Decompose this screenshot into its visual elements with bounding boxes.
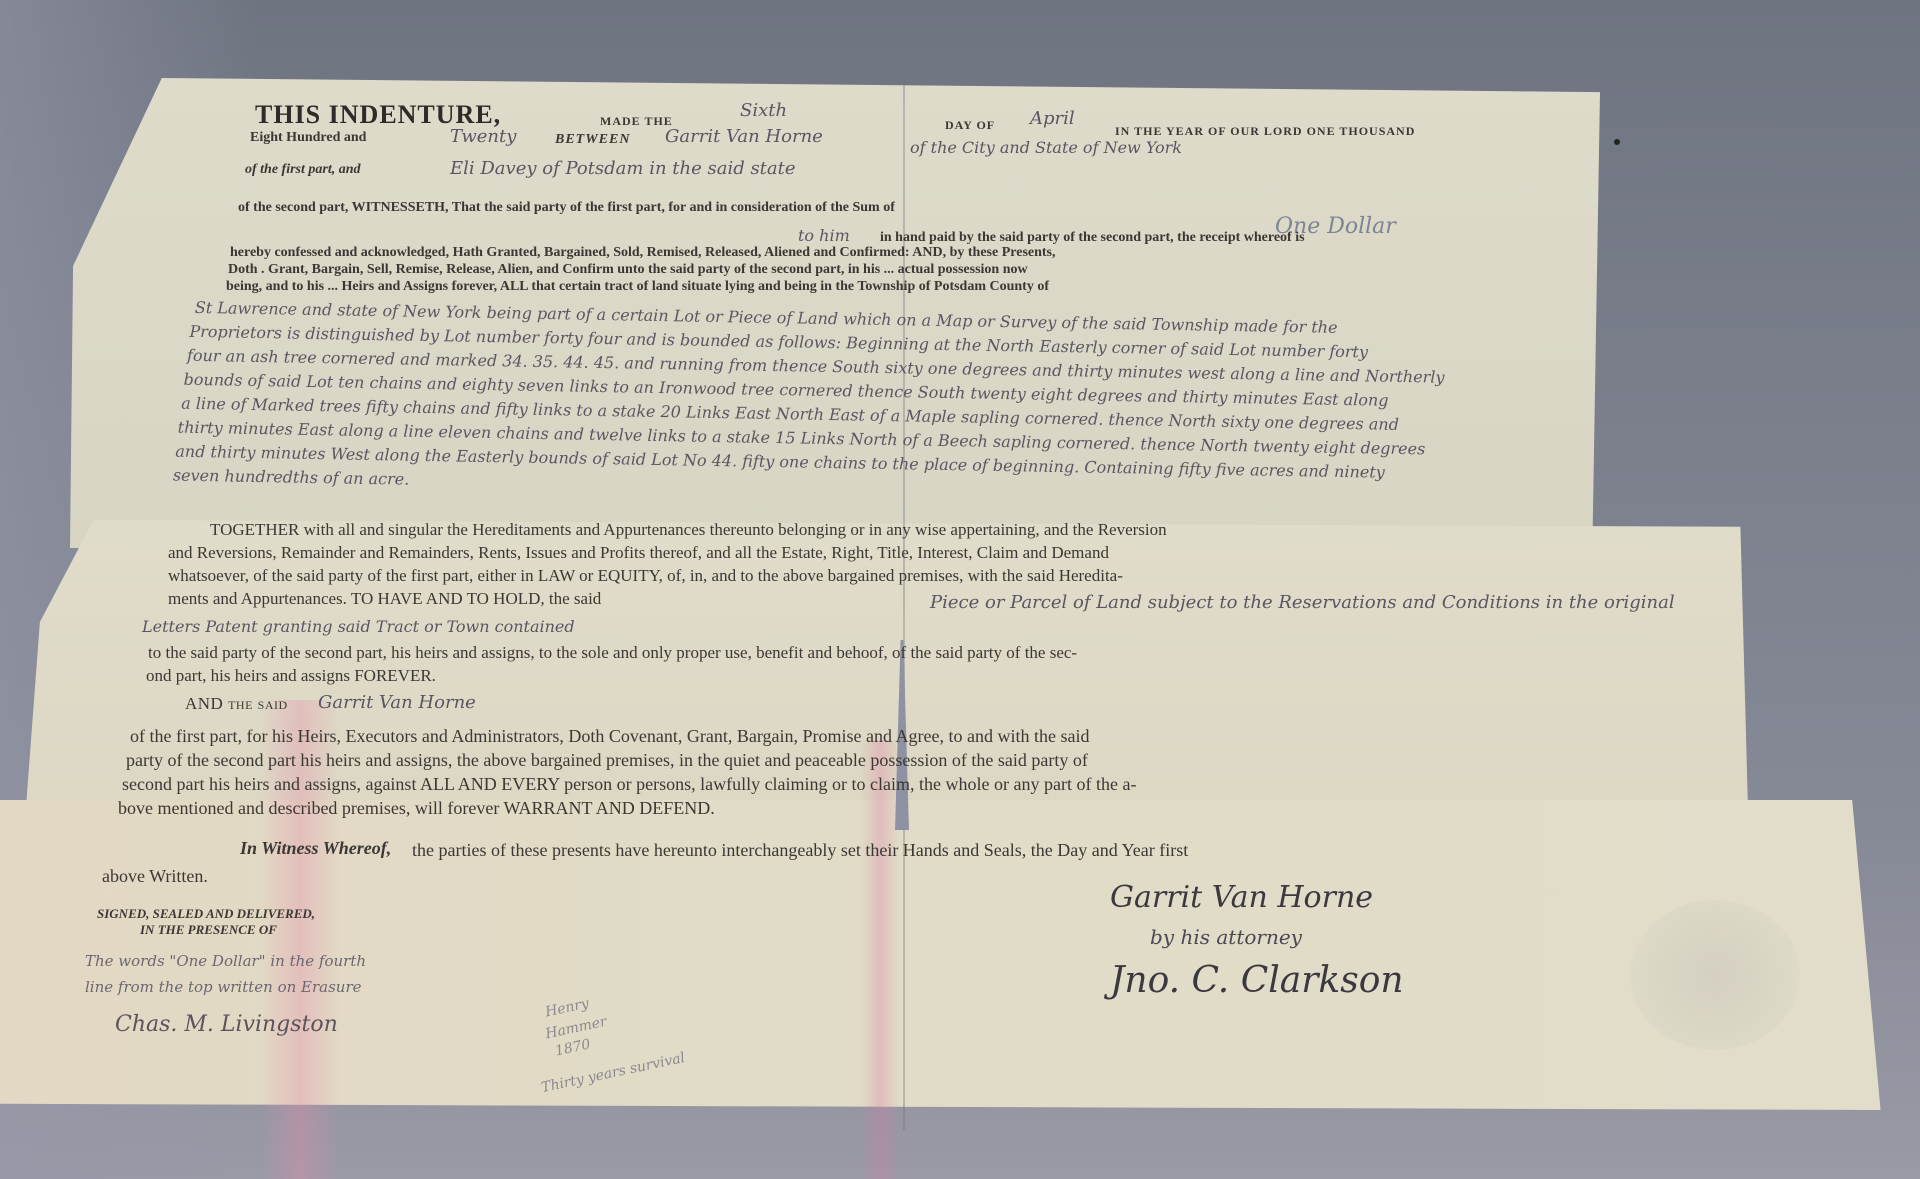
by-attorney: by his attorney — [1150, 925, 1302, 949]
pink-stain — [860, 740, 900, 1179]
together-line: TOGETHER with all and singular the Hered… — [210, 520, 1167, 540]
covenant-line: of the first part, for his Heirs, Execut… — [130, 726, 1089, 747]
between-label: BETWEEN — [555, 132, 630, 148]
to-party-line: ond part, his heirs and assigns FOREVER. — [146, 666, 436, 686]
witness-signature: Chas. M. Livingston — [115, 1012, 338, 1037]
hand-paid-line: in hand paid by the said party of the se… — [880, 230, 1305, 246]
hold-description-hand: Piece or Parcel of Land subject to the R… — [930, 592, 1675, 613]
erasure-note: The words "One Dollar" in the fourth — [85, 952, 366, 970]
erasure-note: line from the top written on Erasure — [85, 978, 362, 996]
month-value: April — [1030, 108, 1075, 129]
witnesseth-line: of the second part, WITNESSETH, That the… — [238, 200, 895, 216]
covenant-party-name: Garrit Van Horne — [318, 692, 476, 713]
to-party-line: to the said party of the second part, hi… — [148, 643, 1077, 663]
year-prefix: IN THE YEAR OF OUR LORD ONE THOUSAND — [1115, 124, 1415, 139]
first-party-name: Garrit Van Horne — [665, 126, 823, 147]
together-line: whatsoever, of the said party of the fir… — [168, 566, 1123, 586]
to-him-hand: to him — [798, 226, 850, 245]
witness-line: the parties of these presents have hereu… — [412, 840, 1188, 861]
pink-stain — [260, 700, 340, 1179]
grantor-name-signature: Garrit Van Horne — [1110, 880, 1373, 915]
in-presence-label: IN THE PRESENCE OF — [140, 922, 277, 938]
in-witness-label: In Witness Whereof, — [240, 838, 391, 859]
above-written: above Written. — [102, 866, 208, 887]
covenant-line: second part his heirs and assigns, again… — [122, 774, 1136, 795]
seal-impression — [1630, 900, 1800, 1050]
year-line-start: Eight Hundred and — [250, 130, 366, 146]
first-party-residence: of the City and State of New York — [910, 138, 1182, 157]
attorney-signature: Jno. C. Clarkson — [1110, 960, 1404, 1001]
year-value: Twenty — [450, 126, 516, 147]
day-of-label: DAY OF — [945, 118, 995, 133]
confessed-line: hereby confessed and acknowledged, Hath … — [230, 245, 1056, 261]
hold-description-hand-2: Letters Patent granting said Tract or To… — [142, 617, 575, 636]
and-the-said-label: AND the said — [185, 694, 288, 714]
first-part-label: of the first part, and — [245, 162, 361, 178]
covenant-line: party of the second part his heirs and a… — [126, 750, 1088, 771]
doth-grant-line: Doth . Grant, Bargain, Sell, Remise, Rel… — [228, 262, 1028, 278]
made-the-label: MADE THE — [600, 114, 673, 129]
signed-sealed-label: SIGNED, SEALED AND DELIVERED, — [97, 906, 315, 922]
second-party-name: Eli Davey of Potsdam in the said state — [450, 158, 796, 179]
together-line: ments and Appurtenances. TO HAVE AND TO … — [168, 589, 601, 609]
being-heirs-line: being, and to his ... Heirs and Assigns … — [226, 279, 1049, 295]
ink-dot — [1614, 139, 1620, 145]
covenant-line: bove mentioned and described premises, w… — [118, 798, 715, 819]
together-line: and Reversions, Remainder and Remainders… — [168, 543, 1109, 563]
day-value: Sixth — [740, 100, 787, 121]
